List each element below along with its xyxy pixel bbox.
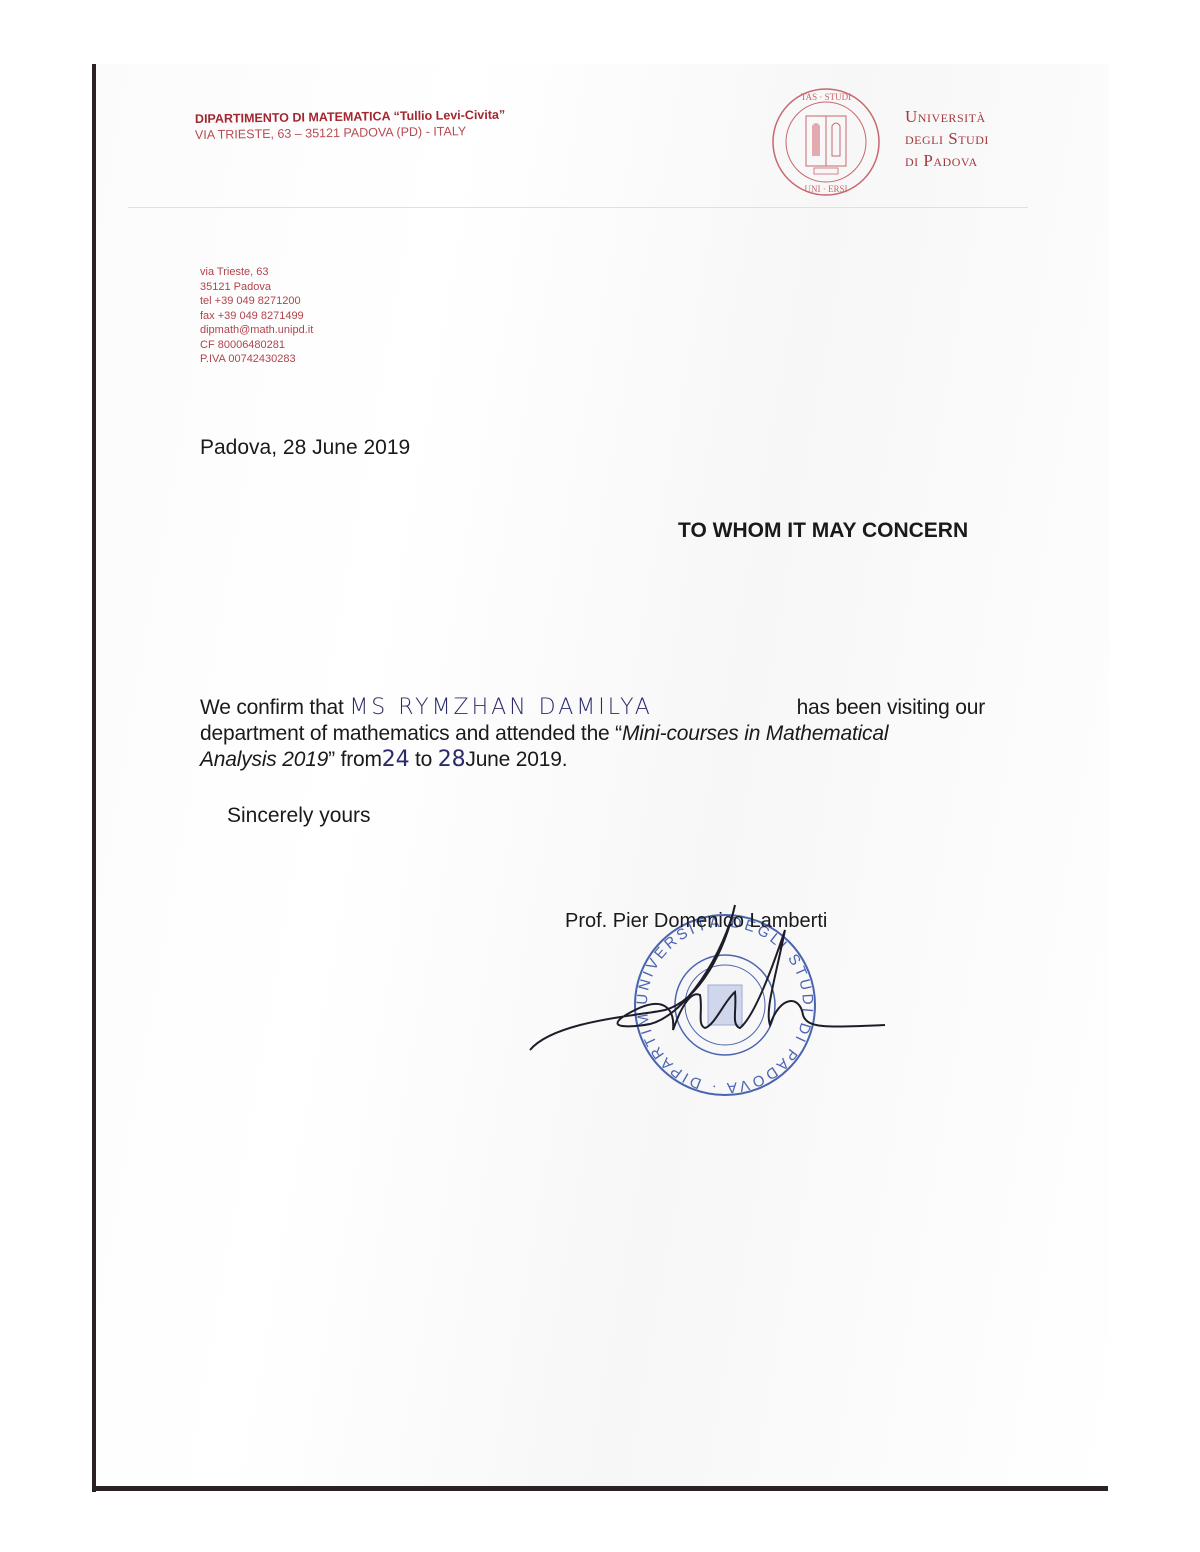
contact-fax: fax +39 049 8271499 <box>200 309 313 324</box>
department-subtitle: “Tullio Levi-Civita” <box>393 108 505 124</box>
handwritten-end-day: 28 <box>438 747 466 772</box>
course-title-part2: Analysis 2019 <box>200 748 328 771</box>
contact-phone: tel +39 049 8271200 <box>200 294 313 309</box>
university-seal-icon: TAS · STUDI UNI · ERSI <box>770 86 882 198</box>
contact-city: 35121 Padova <box>200 280 313 295</box>
body-line-3: Analysis 2019” from24 to 28June 2019. <box>200 747 985 773</box>
course-title-part1: Mini-courses in Mathematical <box>622 722 888 745</box>
signature <box>525 900 895 1070</box>
header-divider <box>128 207 1028 208</box>
contact-cf: CF 80006480281 <box>200 338 313 353</box>
body-line-2: department of mathematics and attended t… <box>200 721 985 747</box>
contact-block: via Trieste, 63 35121 Padova tel +39 049… <box>200 265 313 367</box>
university-name-line3: di Padova <box>905 150 989 172</box>
university-name-line2: degli Studi <box>905 128 989 150</box>
contact-email: dipmath@math.unipd.it <box>200 323 313 338</box>
letter-date: Padova, 28 June 2019 <box>200 436 410 460</box>
letter-salutation: TO WHOM IT MAY CONCERN <box>678 519 968 543</box>
svg-text:UNI · ERSI: UNI · ERSI <box>805 184 848 194</box>
handwritten-name: MS RYMZHAN DAMILYA <box>349 695 653 720</box>
handwritten-start-day: 24 <box>382 747 410 772</box>
svg-text:TAS · STUDI: TAS · STUDI <box>801 92 851 102</box>
scan-bottom-edge <box>92 1486 1108 1491</box>
body-line2-text: department of mathematics and attended t… <box>200 721 888 747</box>
body-after-name: has been visiting our <box>797 695 985 721</box>
university-name: Università degli Studi di Padova <box>905 106 989 172</box>
body-intro: We confirm that <box>200 696 344 719</box>
contact-street: via Trieste, 63 <box>200 265 313 280</box>
letter-closing: Sincerely yours <box>227 804 371 828</box>
university-name-line1: Università <box>905 106 989 128</box>
body-line-1: We confirm that MS RYMZHAN DAMILYA has b… <box>200 695 985 721</box>
letter-body: We confirm that MS RYMZHAN DAMILYA has b… <box>200 695 985 773</box>
contact-piva: P.IVA 00742430283 <box>200 352 313 367</box>
scan-left-edge <box>92 64 96 1492</box>
